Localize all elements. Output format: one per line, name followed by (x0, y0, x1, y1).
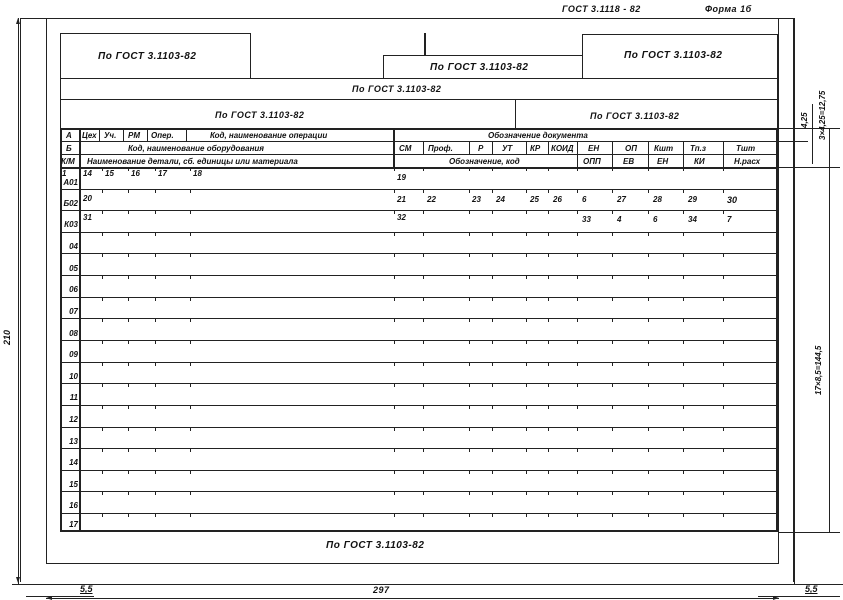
arrow-up-icon (16, 18, 20, 24)
row-label: 11 (62, 393, 78, 402)
field-20: 20 (83, 194, 92, 203)
field-23: 23 (472, 195, 481, 204)
standard-label: ГОСТ 3.1118 - 82 (562, 4, 641, 14)
field-6a: 6 (582, 195, 586, 204)
row3-divider (515, 99, 516, 129)
col-operation: Опер. (151, 131, 174, 140)
field-29: 29 (688, 195, 697, 204)
field-27: 27 (617, 195, 626, 204)
dim-width-line (46, 598, 779, 599)
row-label: 09 (62, 350, 78, 359)
field-26: 26 (553, 195, 562, 204)
dim-right-line (794, 18, 795, 584)
col-prof: Проф. (428, 144, 453, 153)
block-row3-left-text: По ГОСТ 3.1103-82 (215, 110, 304, 120)
field-21: 21 (397, 195, 406, 204)
row-label: 12 (62, 415, 78, 424)
row-label: 10 (62, 372, 78, 381)
dim-width-label: 297 (373, 585, 390, 595)
form-label: Форма 1б (705, 4, 752, 14)
col-equipment: Код, наименование оборудования (128, 144, 264, 153)
field-31: 31 (83, 213, 92, 222)
col-part-name: Наименование детали, сб. единицы или мат… (87, 157, 298, 166)
field-30: 30 (727, 195, 737, 205)
field-25: 25 (530, 195, 539, 204)
dim-height-label: 210 (2, 330, 12, 345)
row-label: 13 (62, 437, 78, 446)
row-km-marker: К/М (61, 157, 75, 166)
col-section: Уч. (104, 131, 116, 140)
field-14: 14 (83, 169, 92, 178)
field-17: 17 (158, 169, 167, 178)
field-6b: 6 (653, 215, 657, 224)
field-4: 4 (617, 215, 621, 224)
row-label: 05 (62, 264, 78, 273)
row-b-marker: Б (66, 144, 72, 153)
arrow-down-icon (16, 577, 20, 583)
row-label: Б02 (62, 199, 78, 208)
row-label: К03 (62, 220, 78, 229)
header-line-2 (60, 154, 778, 155)
row-label: 08 (62, 329, 78, 338)
row-a-marker: А (66, 131, 72, 140)
row-label: 16 (62, 501, 78, 510)
field-19: 19 (397, 173, 406, 182)
col-tpz: Тп.з (690, 144, 706, 153)
arrow-left-icon (46, 596, 52, 600)
dim-margin-left-line (26, 596, 94, 597)
col-ut: УТ (502, 144, 512, 153)
field-22: 22 (427, 195, 436, 204)
block-top-left-text: По ГОСТ 3.1103-82 (98, 51, 196, 62)
dim-body-total-label: 17×8,5=144,5 (814, 346, 823, 395)
field-34: 34 (688, 215, 697, 224)
field-28: 28 (653, 195, 662, 204)
field-15: 15 (105, 169, 114, 178)
col-en2: ЕН (657, 157, 668, 166)
dim-height-line (18, 18, 19, 584)
col-op: ОП (625, 144, 637, 153)
col-n-rash: Н.расх (734, 157, 760, 166)
col-opp: ОПП (583, 157, 601, 166)
dim-margin-right-line (758, 596, 840, 597)
block-top-center-text: По ГОСТ 3.1103-82 (430, 62, 528, 73)
header-line-3 (60, 167, 778, 169)
dim-margin-left-label: 5,5 (80, 584, 93, 594)
row-label: А01 (62, 178, 78, 187)
col-ev: ЕВ (623, 157, 634, 166)
col-ki: КИ (694, 157, 705, 166)
dim-header-row-label: 4,25 (800, 112, 809, 128)
block-row3-right-text: По ГОСТ 3.1103-82 (590, 111, 679, 121)
col-kr: КР (530, 144, 540, 153)
row-1-prefix: 1 (62, 169, 66, 178)
col-sm: СМ (399, 144, 411, 153)
col-koid: КОИД (551, 144, 574, 153)
block-top-right-text: По ГОСТ 3.1103-82 (624, 50, 722, 61)
row-label: 17 (62, 520, 78, 529)
col-r: Р (478, 144, 483, 153)
col-tsht: Тшт (736, 144, 755, 153)
col-operation-name: Код, наименование операции (210, 131, 327, 140)
field-16: 16 (131, 169, 140, 178)
col-code: Обозначение, код (449, 157, 520, 166)
col-en: ЕН (588, 144, 599, 153)
col-ksht: Кшт (654, 144, 673, 153)
row-label: 07 (62, 307, 78, 316)
top-center-divider (424, 33, 426, 55)
row-label: 04 (62, 242, 78, 251)
field-24: 24 (496, 195, 505, 204)
field-32: 32 (397, 213, 406, 222)
field-33: 33 (582, 215, 591, 224)
field-18: 18 (193, 169, 202, 178)
header-line-1 (60, 141, 778, 142)
row-label: 15 (62, 480, 78, 489)
row-label: 14 (62, 458, 78, 467)
dim-header-total-label: 3×4,25=12,75 (818, 91, 827, 140)
row-label: 06 (62, 285, 78, 294)
dim-baseline (12, 584, 843, 585)
field-7: 7 (727, 215, 731, 224)
col-workplace: РМ (128, 131, 140, 140)
col-document: Обозначение документа (488, 131, 588, 140)
block-bottom-text: По ГОСТ 3.1103-82 (326, 540, 424, 551)
block-row2-text: По ГОСТ 3.1103-82 (352, 84, 441, 94)
dim-rows-line (829, 128, 830, 532)
doc-section-line (393, 128, 395, 167)
col-workshop: Цех (82, 131, 97, 140)
dim-margin-right-label: 5,5 (805, 584, 818, 594)
